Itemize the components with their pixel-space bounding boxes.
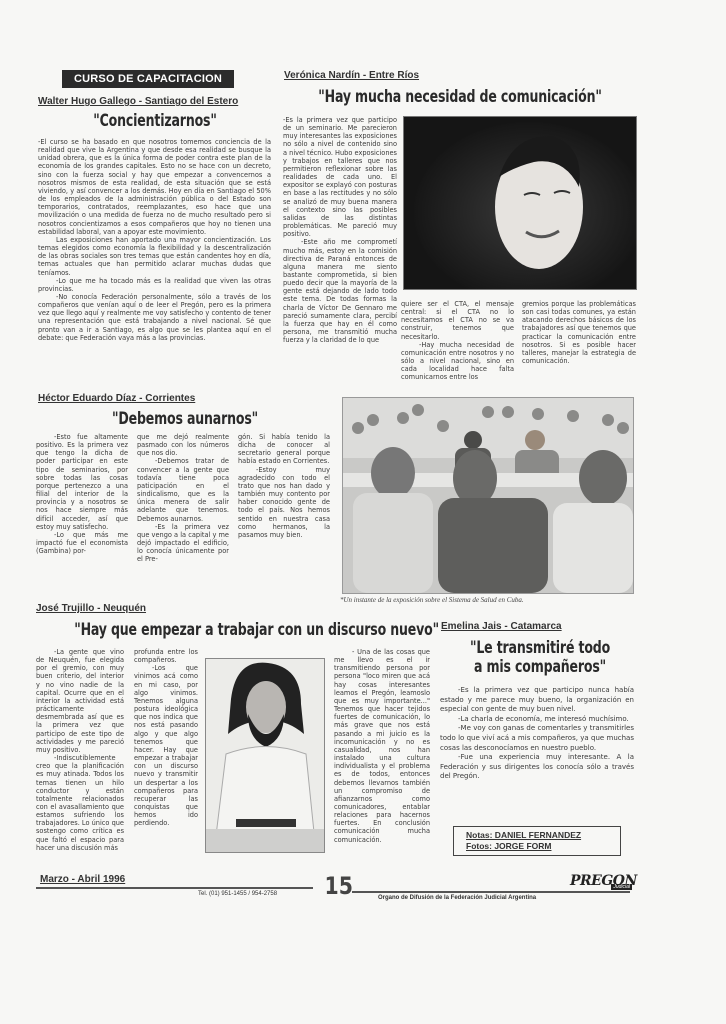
photo-caption: *Un instante de la exposición sobre el S… [340, 596, 524, 604]
headline-concientizarnos: "Concientizarnos" [61, 111, 250, 131]
paragraph: -Debemos tratar de convencer a la gente … [137, 457, 229, 522]
paragraph: gremios porque las problemáticas son cas… [522, 300, 636, 365]
paragraph: -Los que vinimos acá como en mi caso, po… [134, 664, 198, 827]
footer-org: Organo de Difusión de la Federación Judi… [378, 895, 536, 901]
photo-veronica-nardin [403, 116, 637, 290]
headline-transmitire-line1: "Le transmitiré todo [458, 638, 622, 658]
paragraph: - Una de las cosas que me llevo es el ir… [334, 648, 430, 844]
credits-box: Notas: DANIEL FERNANDEZ Fotos: JORGE FOR… [453, 826, 621, 856]
byline-gallego: Walter Hugo Gallego - Santiago del Ester… [38, 96, 238, 107]
article-body-trujillo-col1: -La gente que vino de Neuquén, fue elegi… [36, 648, 124, 852]
paragraph: profunda entre los compañeros. [134, 648, 198, 664]
paragraph: -Estoy muy agradecido con todo el trato … [238, 466, 330, 539]
article-body-jais: -Es la primera vez que participo nunca h… [440, 686, 634, 782]
portrait-woman-image [404, 117, 636, 289]
article-body-trujillo-col3: - Una de las cosas que me llevo es el ir… [334, 648, 430, 844]
headline-aunarnos: "Debemos aunarnos" [83, 409, 288, 429]
credit-fotos: Fotos: JORGE FORM [466, 841, 620, 852]
portrait-man-image [206, 659, 324, 852]
paragraph: gón. Si había tenido la dicha de conocer… [238, 433, 330, 466]
section-label: CURSO DE CAPACITACION [62, 70, 234, 88]
footer-rule-right [352, 891, 630, 893]
paragraph: -La charla de economía, me interesó much… [440, 715, 634, 725]
byline-trujillo: José Trujillo - Neuquén [36, 603, 146, 614]
paragraph: -No conocía Federación personalmente, só… [38, 293, 271, 342]
paragraph: -El curso se ha basado en que nosotros t… [38, 138, 271, 236]
photo-exposicion-salud [342, 397, 634, 594]
byline-diaz: Héctor Eduardo Díaz - Corrientes [38, 393, 195, 404]
article-body-nardin-col2: quiere ser el CTA, el mensaje central: s… [401, 300, 514, 382]
headline-transmitire-line2: a mis compañeros" [458, 657, 622, 677]
headline-comunicacion: "Hay mucha necesidad de comunicación" [317, 87, 604, 107]
paragraph: -Indiscutiblemente creo que la planifica… [36, 754, 124, 852]
footer-date: Marzo - Abril 1996 [40, 874, 125, 885]
paragraph: -Es la primera vez que participo de un s… [283, 116, 397, 238]
credit-notas: Notas: DANIEL FERNANDEZ [466, 830, 620, 841]
paragraph: -La gente que vino de Neuquén, fue elegi… [36, 648, 124, 754]
group-meeting-image [343, 398, 633, 593]
byline-nardin: Verónica Nardín - Entre Ríos [284, 70, 419, 81]
paragraph: -Es la primera vez que vengo a la capita… [137, 523, 229, 564]
paragraph: -Fue una experiencia muy interesante. A … [440, 753, 634, 782]
article-body-diaz-col3: gón. Si había tenido la dicha de conocer… [238, 433, 330, 539]
paragraph: -Es la primera vez que participo nunca h… [440, 686, 634, 715]
page-number: 15 [325, 872, 353, 900]
article-body-diaz-col1: -Esto fue altamente positivo. Es la prim… [36, 433, 128, 555]
paragraph: -Este año me comprometí mucho más, estoy… [283, 238, 397, 344]
paragraph: que me dejó realmente pasmado con los nú… [137, 433, 229, 457]
article-body-nardin-col1: -Es la primera vez que participo de un s… [283, 116, 397, 344]
paragraph: -Hay mucha necesidad de comunicación ent… [401, 341, 514, 382]
article-body-gallego: -El curso se ha basado en que nosotros t… [38, 138, 271, 342]
footer-rule-left [36, 887, 313, 889]
paragraph: -Lo que me ha tocado más es la realidad … [38, 277, 271, 293]
footer-phone: Tel. (01) 951-1455 / 954-2758 [198, 891, 277, 897]
headline-discurso-nuevo: "Hay que empezar a trabajar con un discu… [74, 620, 386, 640]
paragraph: Las exposiciones han aportado una mayor … [38, 236, 271, 277]
photo-jose-trujillo [205, 658, 325, 853]
paragraph: -Esto fue altamente positivo. Es la prim… [36, 433, 128, 531]
byline-jais: Emelina Jais - Catamarca [441, 621, 562, 632]
pregon-logo: PREGON Judicial [570, 870, 632, 890]
paragraph: -Lo que más me impactó fue el economista… [36, 531, 128, 555]
paragraph: quiere ser el CTA, el mensaje central: s… [401, 300, 514, 341]
article-body-nardin-col3: gremios porque las problemáticas son cas… [522, 300, 636, 365]
article-body-trujillo-col2: profunda entre los compañeros. -Los que … [134, 648, 198, 827]
article-body-diaz-col2: que me dejó realmente pasmado con los nú… [137, 433, 229, 564]
logo-subtext: Judicial [611, 884, 632, 890]
paragraph: -Me voy con ganas de comentarles y trans… [440, 724, 634, 753]
